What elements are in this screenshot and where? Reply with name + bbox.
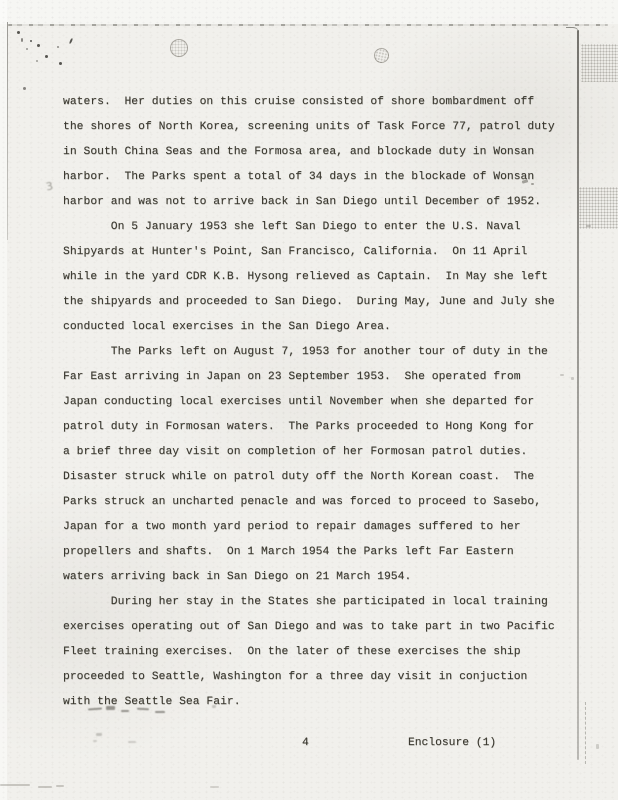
ink-speck <box>26 48 28 50</box>
document-line: with the Seattle Sea Fair. <box>63 690 555 715</box>
document-line: patrol duty in Formosan waters. The Park… <box>63 415 555 440</box>
ink-speck <box>23 87 26 90</box>
document-line: harbor and was not to arrive back in San… <box>63 190 555 215</box>
margin-mark <box>596 744 599 749</box>
bottom-scan-dash <box>56 785 64 787</box>
bottom-scan-dash <box>0 784 30 786</box>
stipple-patch-mid-right <box>579 187 618 229</box>
document-line: The Parks left on August 7, 1953 for ano… <box>63 340 555 365</box>
ink-speck <box>30 40 32 42</box>
document-line: Shipyards at Hunter's Point, San Francis… <box>63 240 555 265</box>
margin-mark <box>560 374 564 376</box>
document-line: in South China Seas and the Formosa area… <box>63 140 555 165</box>
scan-left-strip <box>0 0 7 800</box>
document-line: Disaster struck while on patrol duty off… <box>63 465 555 490</box>
smudge-mark <box>106 706 115 710</box>
top-scan-line <box>8 24 608 26</box>
smudge-mark <box>96 733 102 736</box>
stipple-patch-top-right <box>581 44 618 82</box>
smudge-mark <box>121 710 129 712</box>
document-line: propellers and shafts. On 1 March 1954 t… <box>63 540 555 565</box>
document-line: Far East arriving in Japan on 23 Septemb… <box>63 365 555 390</box>
smudge-mark <box>128 741 136 743</box>
document-line: harbor. The Parks spent a total of 34 da… <box>63 165 555 190</box>
scan-top-strip <box>0 0 618 24</box>
enclosure-label: Enclosure (1) <box>408 737 496 749</box>
bottom-scan-dash <box>210 786 219 788</box>
smudge-mark <box>212 705 216 708</box>
document-line: the shipyards and proceeded to San Diego… <box>63 290 555 315</box>
document-line: During her stay in the States she partic… <box>63 590 555 615</box>
document-line: proceeded to Seattle, Washington for a t… <box>63 665 555 690</box>
ink-speck <box>57 46 59 48</box>
document-line: the shores of North Korea, screening uni… <box>63 115 555 140</box>
left-edge-line <box>7 22 8 240</box>
document-line: Japan for a two month yard period to rep… <box>63 515 555 540</box>
document-line: Japan conducting local exercises until N… <box>63 390 555 415</box>
document-line: exercises operating out of San Diego and… <box>63 615 555 640</box>
document-line: conducted local exercises in the San Die… <box>63 315 555 340</box>
ink-speck <box>45 55 48 58</box>
smudge-mark <box>93 740 97 742</box>
document-line: Parks struck an uncharted penacle and wa… <box>63 490 555 515</box>
document-line: a brief three day visit on completion of… <box>63 440 555 465</box>
margin-squiggle-mark: 3 <box>45 179 54 193</box>
fold-crease-line <box>577 30 579 760</box>
document-line: while in the yard CDR K.B. Hysong reliev… <box>63 265 555 290</box>
document-line: Fleet training exercises. On the later o… <box>63 640 555 665</box>
ink-speck <box>37 44 40 47</box>
ink-speck <box>69 38 73 44</box>
scanned-document-page: 3 waters. Her duties on this cruise cons… <box>0 0 618 800</box>
document-body: waters. Her duties on this cruise consis… <box>63 90 555 715</box>
margin-mark <box>571 377 574 380</box>
bottom-right-dashed-line <box>585 702 586 764</box>
ink-speck <box>17 31 20 34</box>
faint-stamp-circle-left <box>170 39 188 57</box>
smudge-mark <box>155 711 165 713</box>
document-line: waters. Her duties on this cruise consis… <box>63 90 555 115</box>
margin-mark <box>586 225 591 227</box>
ink-speck <box>21 38 23 42</box>
page-number: 4 <box>302 737 309 749</box>
bottom-scan-dash <box>38 786 52 788</box>
ink-speck <box>36 60 38 62</box>
ink-speck <box>59 62 62 65</box>
faint-stamp-circle-right <box>373 47 391 65</box>
document-line: waters arriving back in San Diego on 21 … <box>63 565 555 590</box>
document-line: On 5 January 1953 she left San Diego to … <box>63 215 555 240</box>
